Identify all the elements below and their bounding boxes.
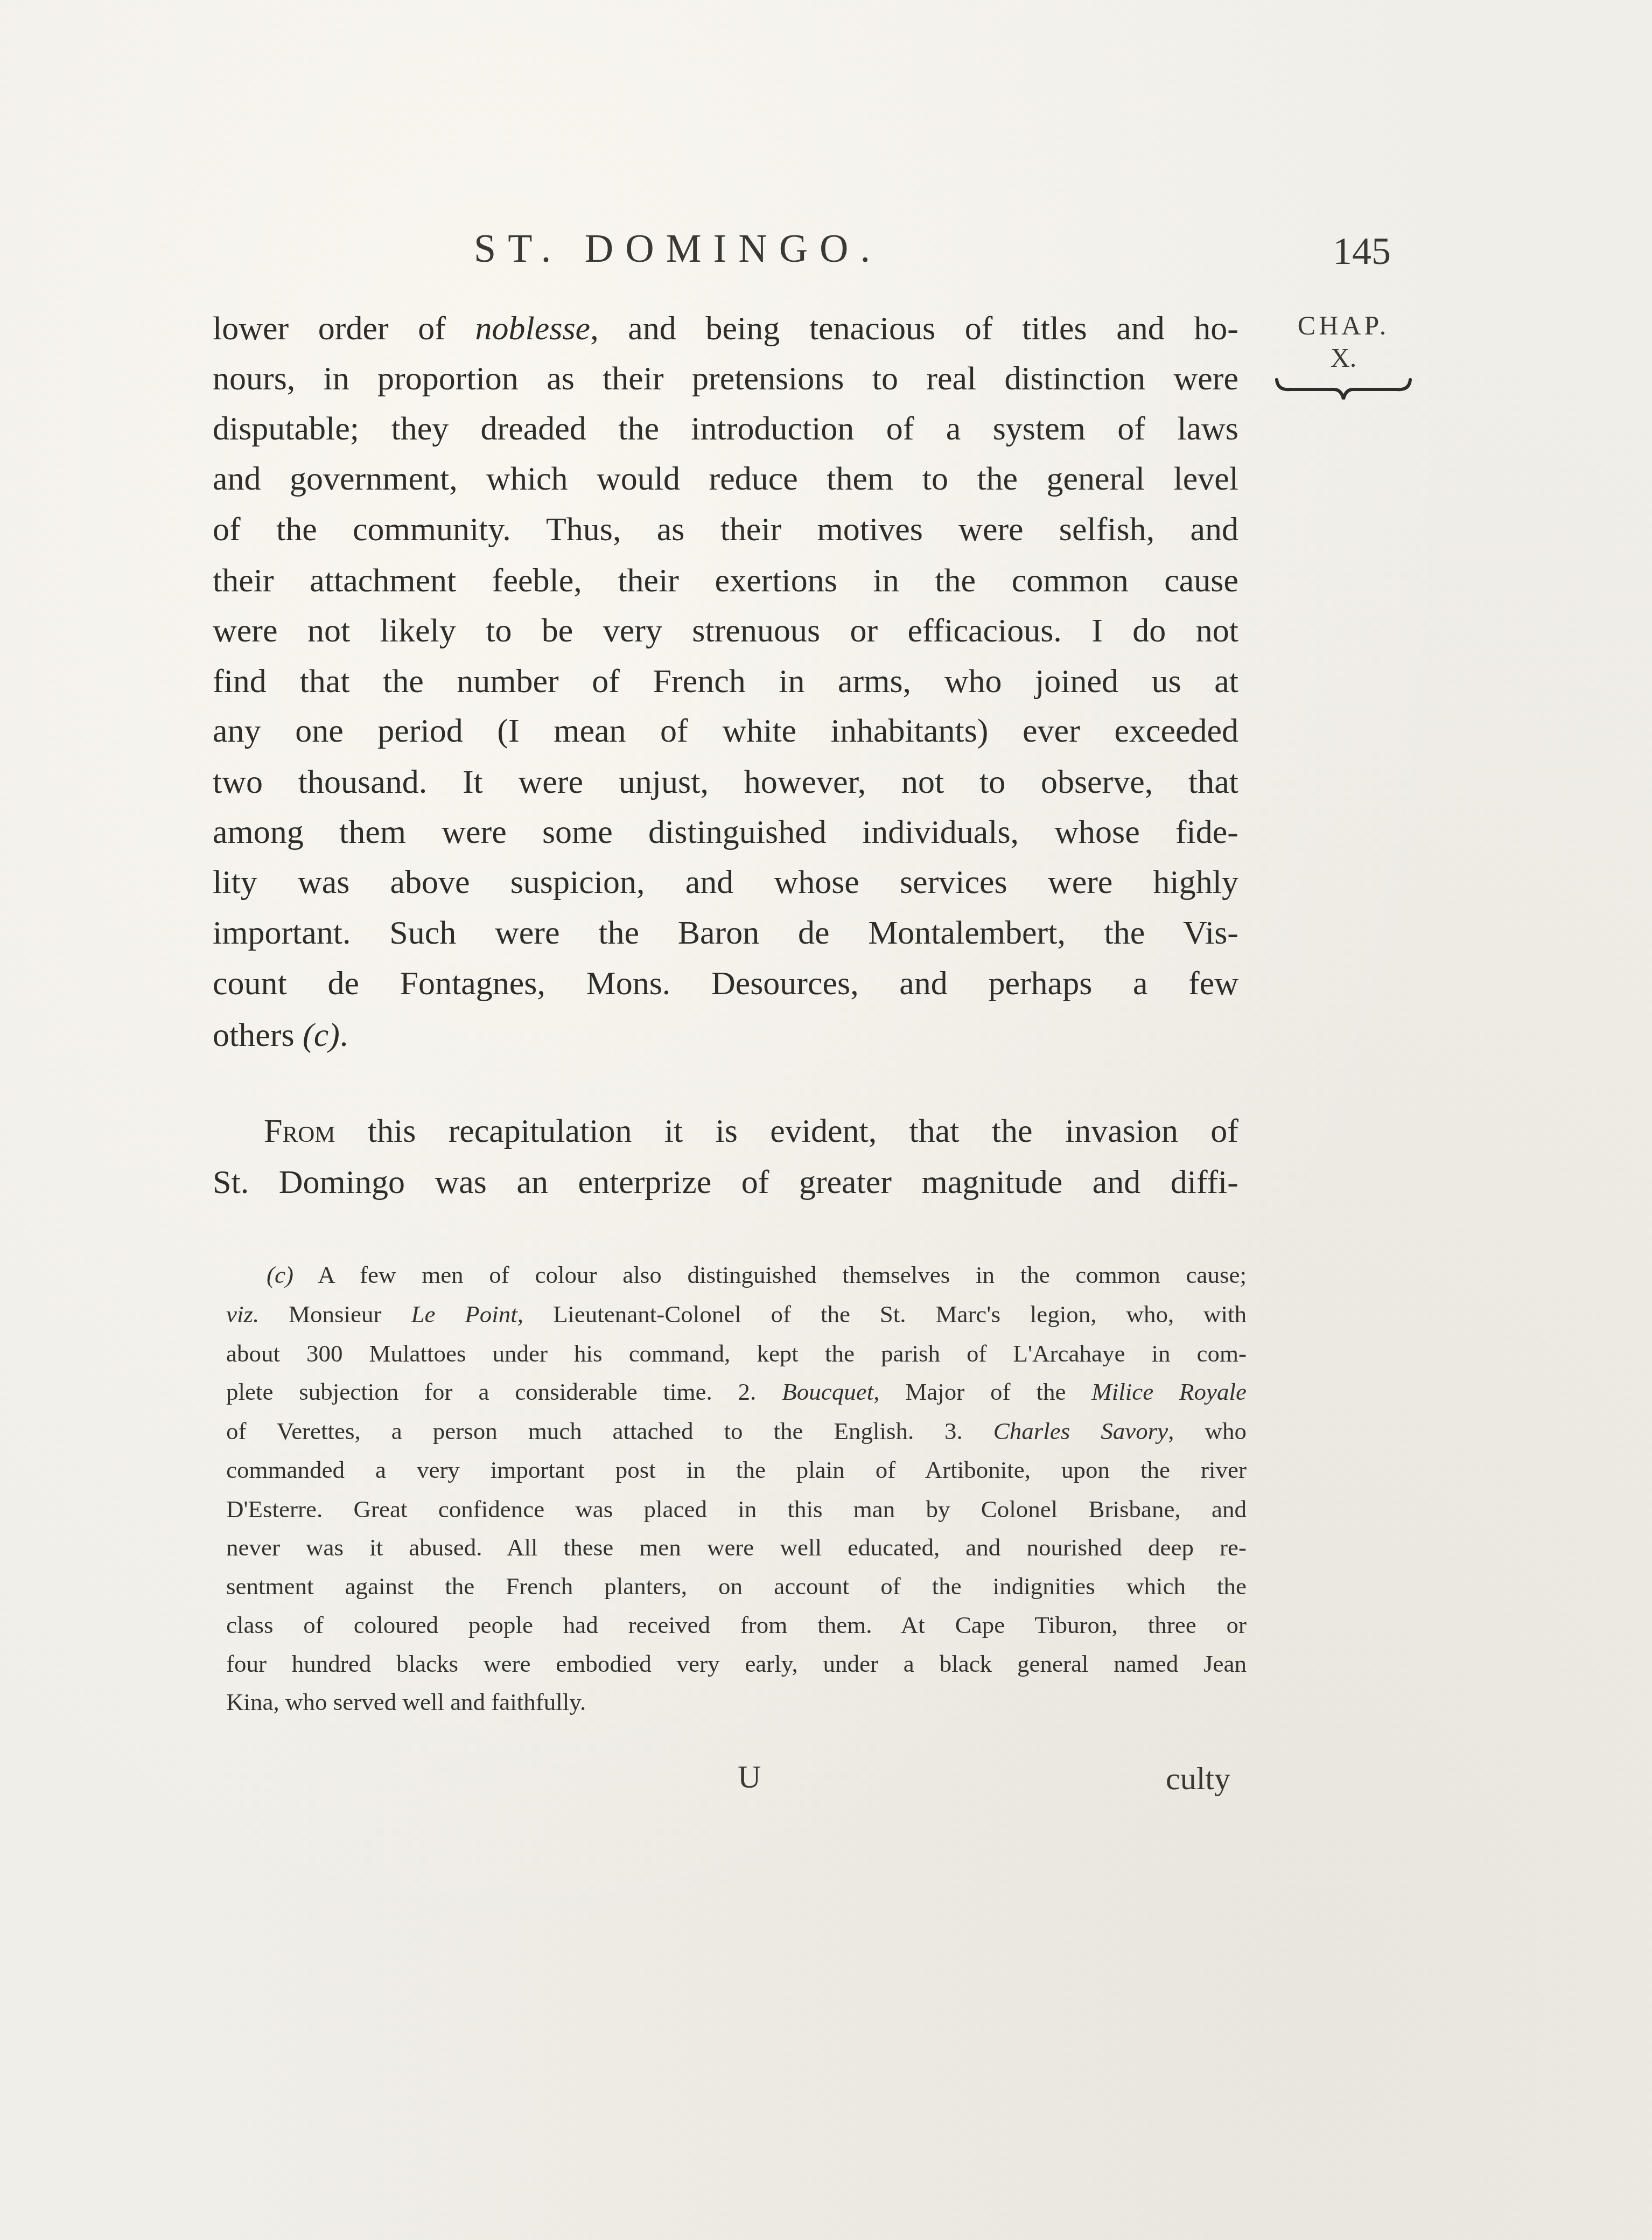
body-line: nours, in proportion as their pretension… bbox=[213, 360, 1238, 397]
italic-name: Boucquet bbox=[782, 1378, 873, 1405]
italic-name: Charles Savory bbox=[993, 1418, 1168, 1445]
body-line: St. Domingo was an enterprize of greater… bbox=[213, 1163, 1238, 1201]
footnote-line: sentment against the French planters, on… bbox=[226, 1572, 1247, 1601]
footnote-line: never was it abused. All these men were … bbox=[226, 1533, 1247, 1562]
body-line: of the community. Thus, as their motives… bbox=[213, 511, 1238, 548]
body-line: important. Such were the Baron de Montal… bbox=[213, 914, 1238, 952]
body-line: lity was above suspicion, and whose serv… bbox=[213, 863, 1238, 901]
footnote-line: plete subjection for a considerable time… bbox=[226, 1377, 1247, 1406]
body-line: count de Fontagnes, Mons. Desources, and… bbox=[213, 965, 1238, 1002]
brace-ornament-icon bbox=[1273, 376, 1413, 403]
footnote-line: viz. Monsieur Le Point, Lieutenant-Colon… bbox=[226, 1300, 1247, 1329]
italic-name: Le Point bbox=[411, 1301, 517, 1328]
footnote-line: four hundred blacks were embodied very e… bbox=[226, 1649, 1247, 1678]
footnote-line: commanded a very important post in the p… bbox=[226, 1455, 1247, 1484]
body-line: two thousand. It were unjust, however, n… bbox=[213, 763, 1238, 801]
footnote-line: Kina, who served well and faithfully. bbox=[226, 1687, 1247, 1716]
italic-name: Milice Royale bbox=[1091, 1378, 1247, 1405]
body-line: were not likely to be very strenuous or … bbox=[213, 612, 1238, 650]
body-line: lower order of noblesse, and being tenac… bbox=[213, 310, 1238, 347]
running-head-title: ST. DOMINGO. bbox=[474, 226, 882, 272]
body-line: From this recapitulation it is evident, … bbox=[213, 1112, 1238, 1150]
footnote-line: D'Esterre. Great confidence was placed i… bbox=[226, 1495, 1247, 1524]
body-line: any one period (I mean of white inhabita… bbox=[213, 712, 1238, 750]
footnote-line: (c) A few men of colour also distinguish… bbox=[226, 1260, 1247, 1289]
body-line: among them were some distinguished indiv… bbox=[213, 813, 1238, 851]
body-line: disputable; they dreaded the introductio… bbox=[213, 410, 1238, 448]
body-line: their attachment feeble, their exertions… bbox=[213, 562, 1238, 599]
footnote-line: class of coloured people had received fr… bbox=[226, 1610, 1247, 1639]
signature-mark: U bbox=[738, 1758, 761, 1796]
footnote-marker: (c) bbox=[267, 1261, 293, 1288]
italic-name: viz. bbox=[226, 1301, 259, 1328]
body-line: and government, which would reduce them … bbox=[213, 460, 1238, 498]
chapter-number: X. bbox=[1271, 342, 1416, 373]
chapter-margin-note: CHAP. X. bbox=[1271, 310, 1416, 403]
footnote-line: about 300 Mulattoes under his command, k… bbox=[226, 1339, 1247, 1368]
italic-term: (c) bbox=[303, 1017, 340, 1053]
page-number: 145 bbox=[1333, 229, 1391, 274]
body-line: find that the number of French in arms, … bbox=[213, 662, 1238, 700]
italic-term: noblesse bbox=[475, 310, 591, 347]
chapter-label: CHAP. bbox=[1271, 310, 1416, 341]
small-caps-opening: From bbox=[264, 1113, 335, 1149]
body-line: others (c). bbox=[213, 1016, 1238, 1054]
catchword: culty bbox=[1166, 1760, 1230, 1797]
book-page: ST. DOMINGO. 145 CHAP. X. lower order of… bbox=[0, 0, 1652, 2240]
footnote-line: of Verettes, a person much attached to t… bbox=[226, 1416, 1247, 1446]
